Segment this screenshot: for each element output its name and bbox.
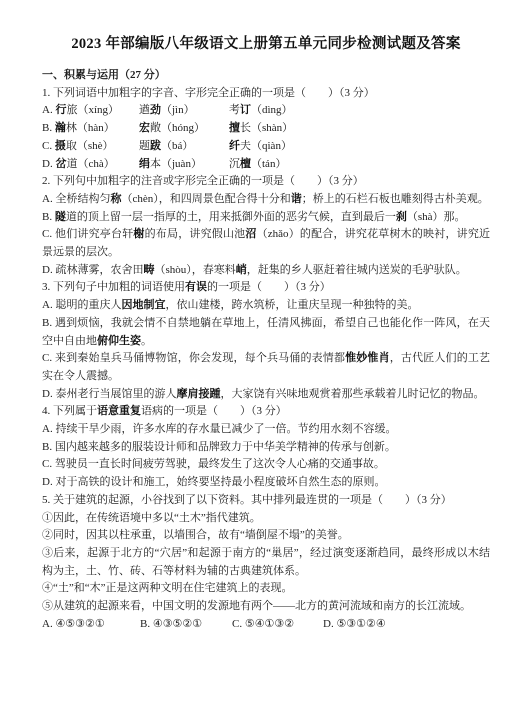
question-5-item-2: ②同时，因其以柱承重，以墙围合，故有“墙倒屋不塌”的美誉。: [42, 527, 490, 545]
text-run: 遒: [139, 104, 150, 116]
text-run: 本（juàn）: [150, 158, 202, 170]
text-run: A. 聪明的重庆人: [42, 299, 121, 311]
question-1-option-a: A. 行旅（xíng）遒劲（jìn）考订（dìng）: [42, 102, 490, 120]
text-run: 题: [139, 140, 150, 152]
option-cell: 题跋（bá）: [139, 138, 229, 156]
text-run: C. 驾驶员一直长时间疲劳驾驶，最终发生了这次令人心痛的交通事故。: [42, 458, 385, 470]
text-run: 的布局，讲究假山池: [145, 228, 246, 240]
text-run: 旅（xíng）: [66, 104, 119, 116]
question-1-stem: 1. 下列词语中加粗字的字音、字形完全正确的一项是（ ）（3 分）: [42, 85, 490, 103]
option-cell: C. 摄取（shè）: [42, 138, 139, 156]
bold-term: 因地制宜: [121, 299, 165, 311]
text-run: ，依山建楼，跨水筑桥，让重庆呈现一种独特的美。: [165, 299, 418, 311]
text-run: 2. 下列句中加粗字的注音或字形完全正确的一项是（ ）（3 分）: [42, 175, 364, 187]
text-run: 敞（hóng）: [150, 122, 205, 134]
text-run: 沉: [229, 158, 240, 170]
bold-term: 谐: [291, 193, 302, 205]
document-title: 2023 年部编版八年级语文上册第五单元同步检测试题及答案: [42, 33, 490, 55]
text-run: 林（hàn）: [66, 122, 115, 134]
bold-term: 摩肩接踵: [176, 388, 220, 400]
text-run: C. 来到秦始皇兵马俑博物馆，你会发现，每个兵马俑的表情都: [42, 352, 345, 364]
question-3-option-d: D. 泰州老行当展馆里的游人摩肩接踵，大家饶有兴味地观赏着那些承载着儿时记忆的物…: [42, 386, 490, 404]
bold-term: 刹: [396, 211, 407, 223]
bold-term: 檀: [240, 158, 251, 170]
question-5-answer-options: A. ④⑤③②①B. ④③⑤②①C. ⑤④①③②D. ⑤③①②④: [42, 616, 490, 634]
question-3-option-a: A. 聪明的重庆人因地制宜，依山建楼，跨水筑桥，让重庆呈现一种独特的美。: [42, 297, 490, 315]
question-5-item-4: ④“土”和“木”正是这两种文明在住宅建筑上的表现。: [42, 580, 490, 598]
bold-term: 俯仰生姿: [97, 335, 141, 347]
bold-term: 峭: [236, 264, 247, 276]
question-2-option-d: D. 疏林薄雾，农舍田畴（shòu），春寒料峭，赶集的乡人驱赶着往城内送炭的毛驴…: [42, 262, 490, 280]
text-run: B. 国内越来越多的服装设计师和品牌致力于中华美学精神的传承与创新。: [42, 441, 396, 453]
question-2-option-b: B. 隧道的顶上留一层一指厚的土，用来抵御外面的恶劣气候，直到最后一刹（shà）…: [42, 209, 490, 227]
question-2-stem: 2. 下列句中加粗字的注音或字形完全正确的一项是（ ）（3 分）: [42, 173, 490, 191]
text-run: C. 他们讲究亭台轩: [42, 228, 133, 240]
question-5-stem: 5. 关于建筑的起源，小谷找到了以下资料。其中排列最连贯的一项是（ ）（3 分）: [42, 492, 490, 510]
text-run: 取（shè）: [66, 140, 114, 152]
section-heading: 一、积累与运用（27 分）: [42, 67, 490, 85]
bold-term: 语意重复: [97, 405, 141, 417]
question-1-option-b: B. 瀚林（hàn）宏敞（hóng）擅长（shàn）: [42, 120, 490, 138]
text-run: 语病的一项是（ ）（3 分）: [141, 405, 287, 417]
bold-term: 劲: [150, 104, 161, 116]
bold-term: 岔: [55, 158, 66, 170]
text-run: C.: [42, 140, 55, 152]
option-cell: 沉檀（tán）: [229, 156, 286, 174]
text-run: A. 持续干旱少雨，许多水库的存水量已减少了一倍。节约用水刻不容缓。: [42, 423, 396, 435]
option-cell: A. ④⑤③②①: [42, 616, 140, 634]
question-4-stem: 4. 下列属于语意重复语病的一项是（ ）（3 分）: [42, 403, 490, 421]
bold-term: 畴: [143, 264, 154, 276]
text-run: B.: [42, 211, 55, 223]
text-run: D. 对于高铁的设计和施工，始终要坚持最小程度破坏自然生态的原则。: [42, 476, 385, 488]
option-cell: C. ⑤④①③②: [232, 616, 323, 634]
bold-term: 有误: [185, 281, 207, 293]
text-run: A.: [42, 104, 55, 116]
question-5-item-1: ①因此，在传统语境中多以“土木”指代建筑。: [42, 510, 490, 528]
option-cell: 考订（dìng）: [229, 102, 293, 120]
text-run: A. ④⑤③②①: [42, 618, 105, 630]
bold-term: 沼: [245, 228, 256, 240]
text-run: 。: [141, 335, 152, 347]
text-run: （shòu），春寒料: [154, 264, 235, 276]
question-5-item-5: ⑤从建筑的起源来看，中国文明的发源地有两个——北方的黄河流域和南方的长江流域。: [42, 598, 490, 616]
bold-term: 跋: [150, 140, 161, 152]
option-cell: B. 瀚林（hàn）: [42, 120, 139, 138]
text-run: （shà）那。: [407, 211, 466, 223]
text-run: 长（shàn）: [240, 122, 293, 134]
text-run: （jìn）: [161, 104, 195, 116]
question-2-option-a: A. 全桥结构匀称（chèn），和四周景色配合得十分和谐；桥上的石栏石板也雕刻得…: [42, 191, 490, 209]
text-run: 考: [229, 104, 240, 116]
text-run: ，赶集的乡人驱赶着往城内送炭的毛驴驮队。: [247, 264, 467, 276]
text-run: B.: [42, 122, 55, 134]
bold-term: 惟妙惟肖: [345, 352, 390, 364]
option-cell: 纤夫（qiàn）: [229, 138, 292, 156]
text-run: （chèn），和四周景色配合得十分和: [121, 193, 290, 205]
text-run: ③后来，起源于北方的“穴居”和起源于南方的“巢居”，经过演变逐渐趋同，最终形成以…: [42, 547, 490, 577]
option-cell: D. 岔道（chà）: [42, 156, 139, 174]
option-cell: D. ⑤③①②④: [323, 616, 386, 634]
option-cell: 宏敞（hóng）: [139, 120, 229, 138]
bold-term: 榭: [133, 228, 144, 240]
question-2-option-c: C. 他们讲究亭台轩榭的布局，讲究假山池沼（zhǎo）的配合，讲究花草树木的映衬…: [42, 226, 490, 261]
option-cell: 绢本（juàn）: [139, 156, 229, 174]
bold-term: 绢: [139, 158, 150, 170]
question-5-item-3: ③后来，起源于北方的“穴居”和起源于南方的“巢居”，经过演变逐渐趋同，最终形成以…: [42, 545, 490, 580]
question-4-option-a: A. 持续干旱少雨，许多水库的存水量已减少了一倍。节约用水刻不容缓。: [42, 421, 490, 439]
text-run: 5. 关于建筑的起源，小谷找到了以下资料。其中排列最连贯的一项是（ ）（3 分）: [42, 494, 452, 506]
bold-term: 瀚: [55, 122, 66, 134]
bold-term: 隧: [55, 211, 66, 223]
question-4-option-c: C. 驾驶员一直长时间疲劳驾驶，最终发生了这次令人心痛的交通事故。: [42, 456, 490, 474]
text-run: C. ⑤④①③②: [232, 618, 294, 630]
text-run: D. 疏林薄雾，农舍田: [42, 264, 143, 276]
text-run: ，大家饶有兴味地观赏着那些承载着儿时记忆的物品。: [220, 388, 484, 400]
bold-term: 宏: [139, 122, 150, 134]
question-1-option-c: C. 摄取（shè）题跋（bá）纤夫（qiàn）: [42, 138, 490, 156]
text-run: ⑤从建筑的起源来看，中国文明的发源地有两个——北方的黄河流域和南方的长江流域。: [42, 600, 471, 612]
text-run: A. 全桥结构匀: [42, 193, 110, 205]
question-4-option-d: D. 对于高铁的设计和施工，始终要坚持最小程度破坏自然生态的原则。: [42, 474, 490, 492]
text-run: 夫（qiàn）: [240, 140, 292, 152]
question-4-option-b: B. 国内越来越多的服装设计师和品牌致力于中华美学精神的传承与创新。: [42, 439, 490, 457]
option-cell: B. ④③⑤②①: [140, 616, 232, 634]
question-1-option-d: D. 岔道（chà）绢本（juàn）沉檀（tán）: [42, 156, 490, 174]
question-3-option-c: C. 来到秦始皇兵马俑博物馆，你会发现，每个兵马俑的表情都惟妙惟肖，古代匠人们的…: [42, 350, 490, 385]
text-run: （tán）: [251, 158, 286, 170]
bold-term: 纤: [229, 140, 240, 152]
document-body: 1. 下列词语中加粗字的字音、字形完全正确的一项是（ ）（3 分）A. 行旅（x…: [42, 85, 490, 634]
bold-term: 订: [240, 104, 251, 116]
bold-term: 行: [55, 104, 66, 116]
option-cell: 擅长（shàn）: [229, 120, 293, 138]
bold-term: 摄: [55, 140, 66, 152]
text-run: ④“土”和“木”正是这两种文明在住宅建筑上的表现。: [42, 582, 293, 594]
text-run: B. ④③⑤②①: [140, 618, 202, 630]
text-run: 道（chà）: [66, 158, 114, 170]
bold-term: 擅: [229, 122, 240, 134]
text-run: D.: [42, 158, 55, 170]
text-run: 3. 下列句子中加粗的词语使用: [42, 281, 185, 293]
question-3-option-b: B. 遇到烦恼，我就会情不自禁地躺在草地上，任清风拂面，希望自己也能化作一阵风，…: [42, 315, 490, 350]
text-run: ；桥上的石栏石板也雕刻得古朴美观。: [302, 193, 489, 205]
option-cell: 遒劲（jìn）: [139, 102, 229, 120]
text-run: D. ⑤③①②④: [323, 618, 386, 630]
test-paper-page: 2023 年部编版八年级语文上册第五单元同步检测试题及答案 一、积累与运用（27…: [0, 0, 526, 702]
text-run: 1. 下列词语中加粗字的字音、字形完全正确的一项是（ ）（3 分）: [42, 87, 375, 99]
text-run: 4. 下列属于: [42, 405, 97, 417]
text-run: （dìng）: [251, 104, 293, 116]
text-run: ①因此，在传统语境中多以“土木”指代建筑。: [42, 512, 261, 524]
text-run: 的一项是（ ）（3 分）: [207, 281, 331, 293]
option-cell: A. 行旅（xíng）: [42, 102, 139, 120]
bold-term: 称: [110, 193, 121, 205]
text-run: D. 泰州老行当展馆里的游人: [42, 388, 176, 400]
text-run: ②同时，因其以柱承重，以墙围合，故有“墙倒屋不塌”的美誉。: [42, 529, 349, 541]
text-run: （bá）: [161, 140, 193, 152]
question-3-stem: 3. 下列句子中加粗的词语使用有误的一项是（ ）（3 分）: [42, 279, 490, 297]
text-run: 道的顶上留一层一指厚的土，用来抵御外面的恶劣气候，直到最后一: [66, 211, 396, 223]
